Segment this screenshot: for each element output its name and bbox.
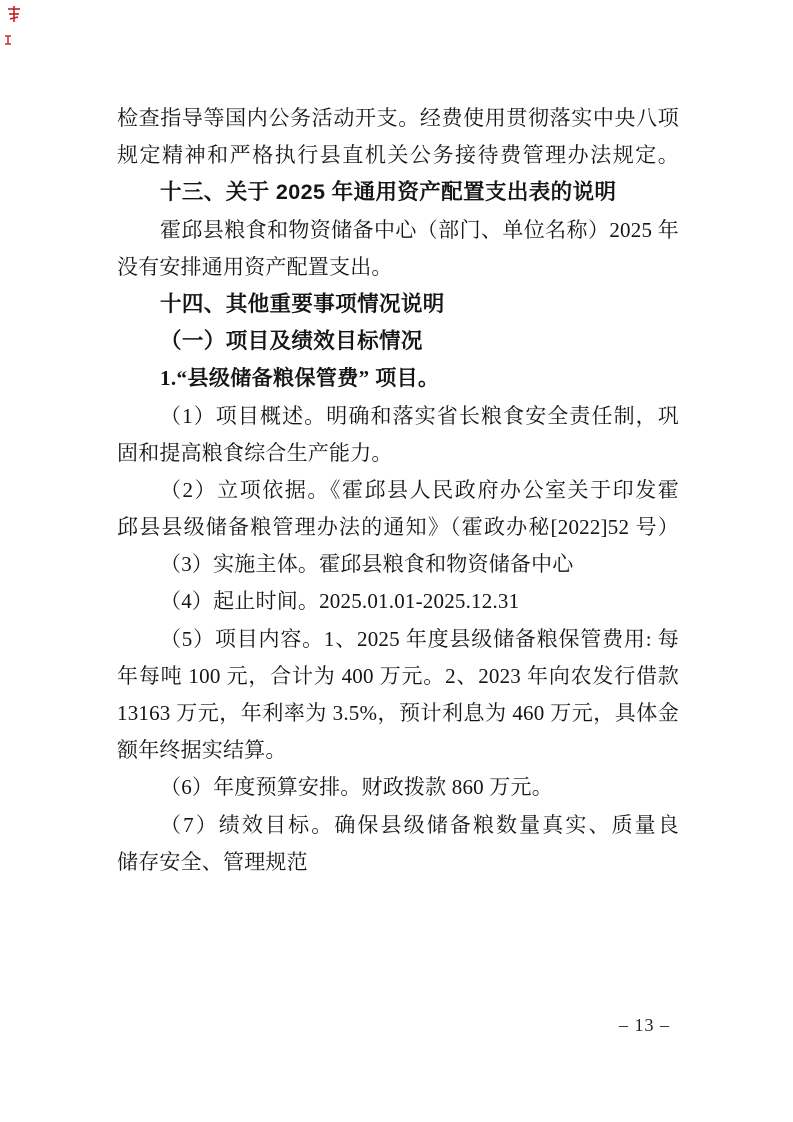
page-number: – 13 – <box>0 1012 670 1038</box>
text-line: （2）立项依据。《霍邱县人民政府办公室关于印发霍 <box>117 472 679 509</box>
text-line: （4）起止时间。2025.01.01-2025.12.31 <box>117 583 679 620</box>
document-page: 检查指导等国内公务活动开支。经费使用贯彻落实中央八项规定精神和严格执行县直机关公… <box>0 0 793 1122</box>
text-line: （7）绩效目标。确保县级储备粮数量真实、质量良好、 <box>117 807 679 844</box>
heading-line: （一）项目及绩效目标情况 <box>117 323 679 360</box>
text-line: 储存安全、管理规范 <box>117 844 679 881</box>
heading-line: 十三、关于 2025 年通用资产配置支出表的说明 <box>117 174 679 211</box>
document-body: 检查指导等国内公务活动开支。经费使用贯彻落实中央八项规定精神和严格执行县直机关公… <box>117 100 679 881</box>
text-line: （3）实施主体。霍邱县粮食和物资储备中心 <box>117 546 679 583</box>
text-line: （1）项目概述。明确和落实省长粮食安全责任制，巩 <box>117 398 679 435</box>
text-line: 没有安排通用资产配置支出。 <box>117 249 679 286</box>
text-line: 13163 万元，年利率为 3.5%，预计利息为 460 万元，具体金 <box>117 695 679 732</box>
heading-line: 1.“县级储备粮保管费” 项目。 <box>117 360 679 397</box>
text-line: 检查指导等国内公务活动开支。经费使用贯彻落实中央八项 <box>117 100 679 137</box>
text-line: 额年终据实结算。 <box>117 732 679 769</box>
text-line: 年每吨 100 元，合计为 400 万元。2、2023 年向农发行借款 <box>117 658 679 695</box>
red-annotation-mark-icon <box>6 5 22 28</box>
text-line: 固和提高粮食综合生产能力。 <box>117 435 679 472</box>
text-line: 规定精神和严格执行县直机关公务接待费管理办法规定。 <box>117 137 679 174</box>
text-line: （6）年度预算安排。财政拨款 860 万元。 <box>117 769 679 806</box>
text-line: （5）项目内容。1、2025 年度县级储备粮保管费用: 每 <box>117 621 679 658</box>
text-line: 邱县县级储备粮管理办法的通知》（霍政办秘[2022]52 号） <box>117 509 679 546</box>
red-annotation-mark-icon <box>3 33 13 51</box>
text-line: 霍邱县粮食和物资储备中心（部门、单位名称）2025 年 <box>117 212 679 249</box>
heading-line: 十四、其他重要事项情况说明 <box>117 286 679 323</box>
